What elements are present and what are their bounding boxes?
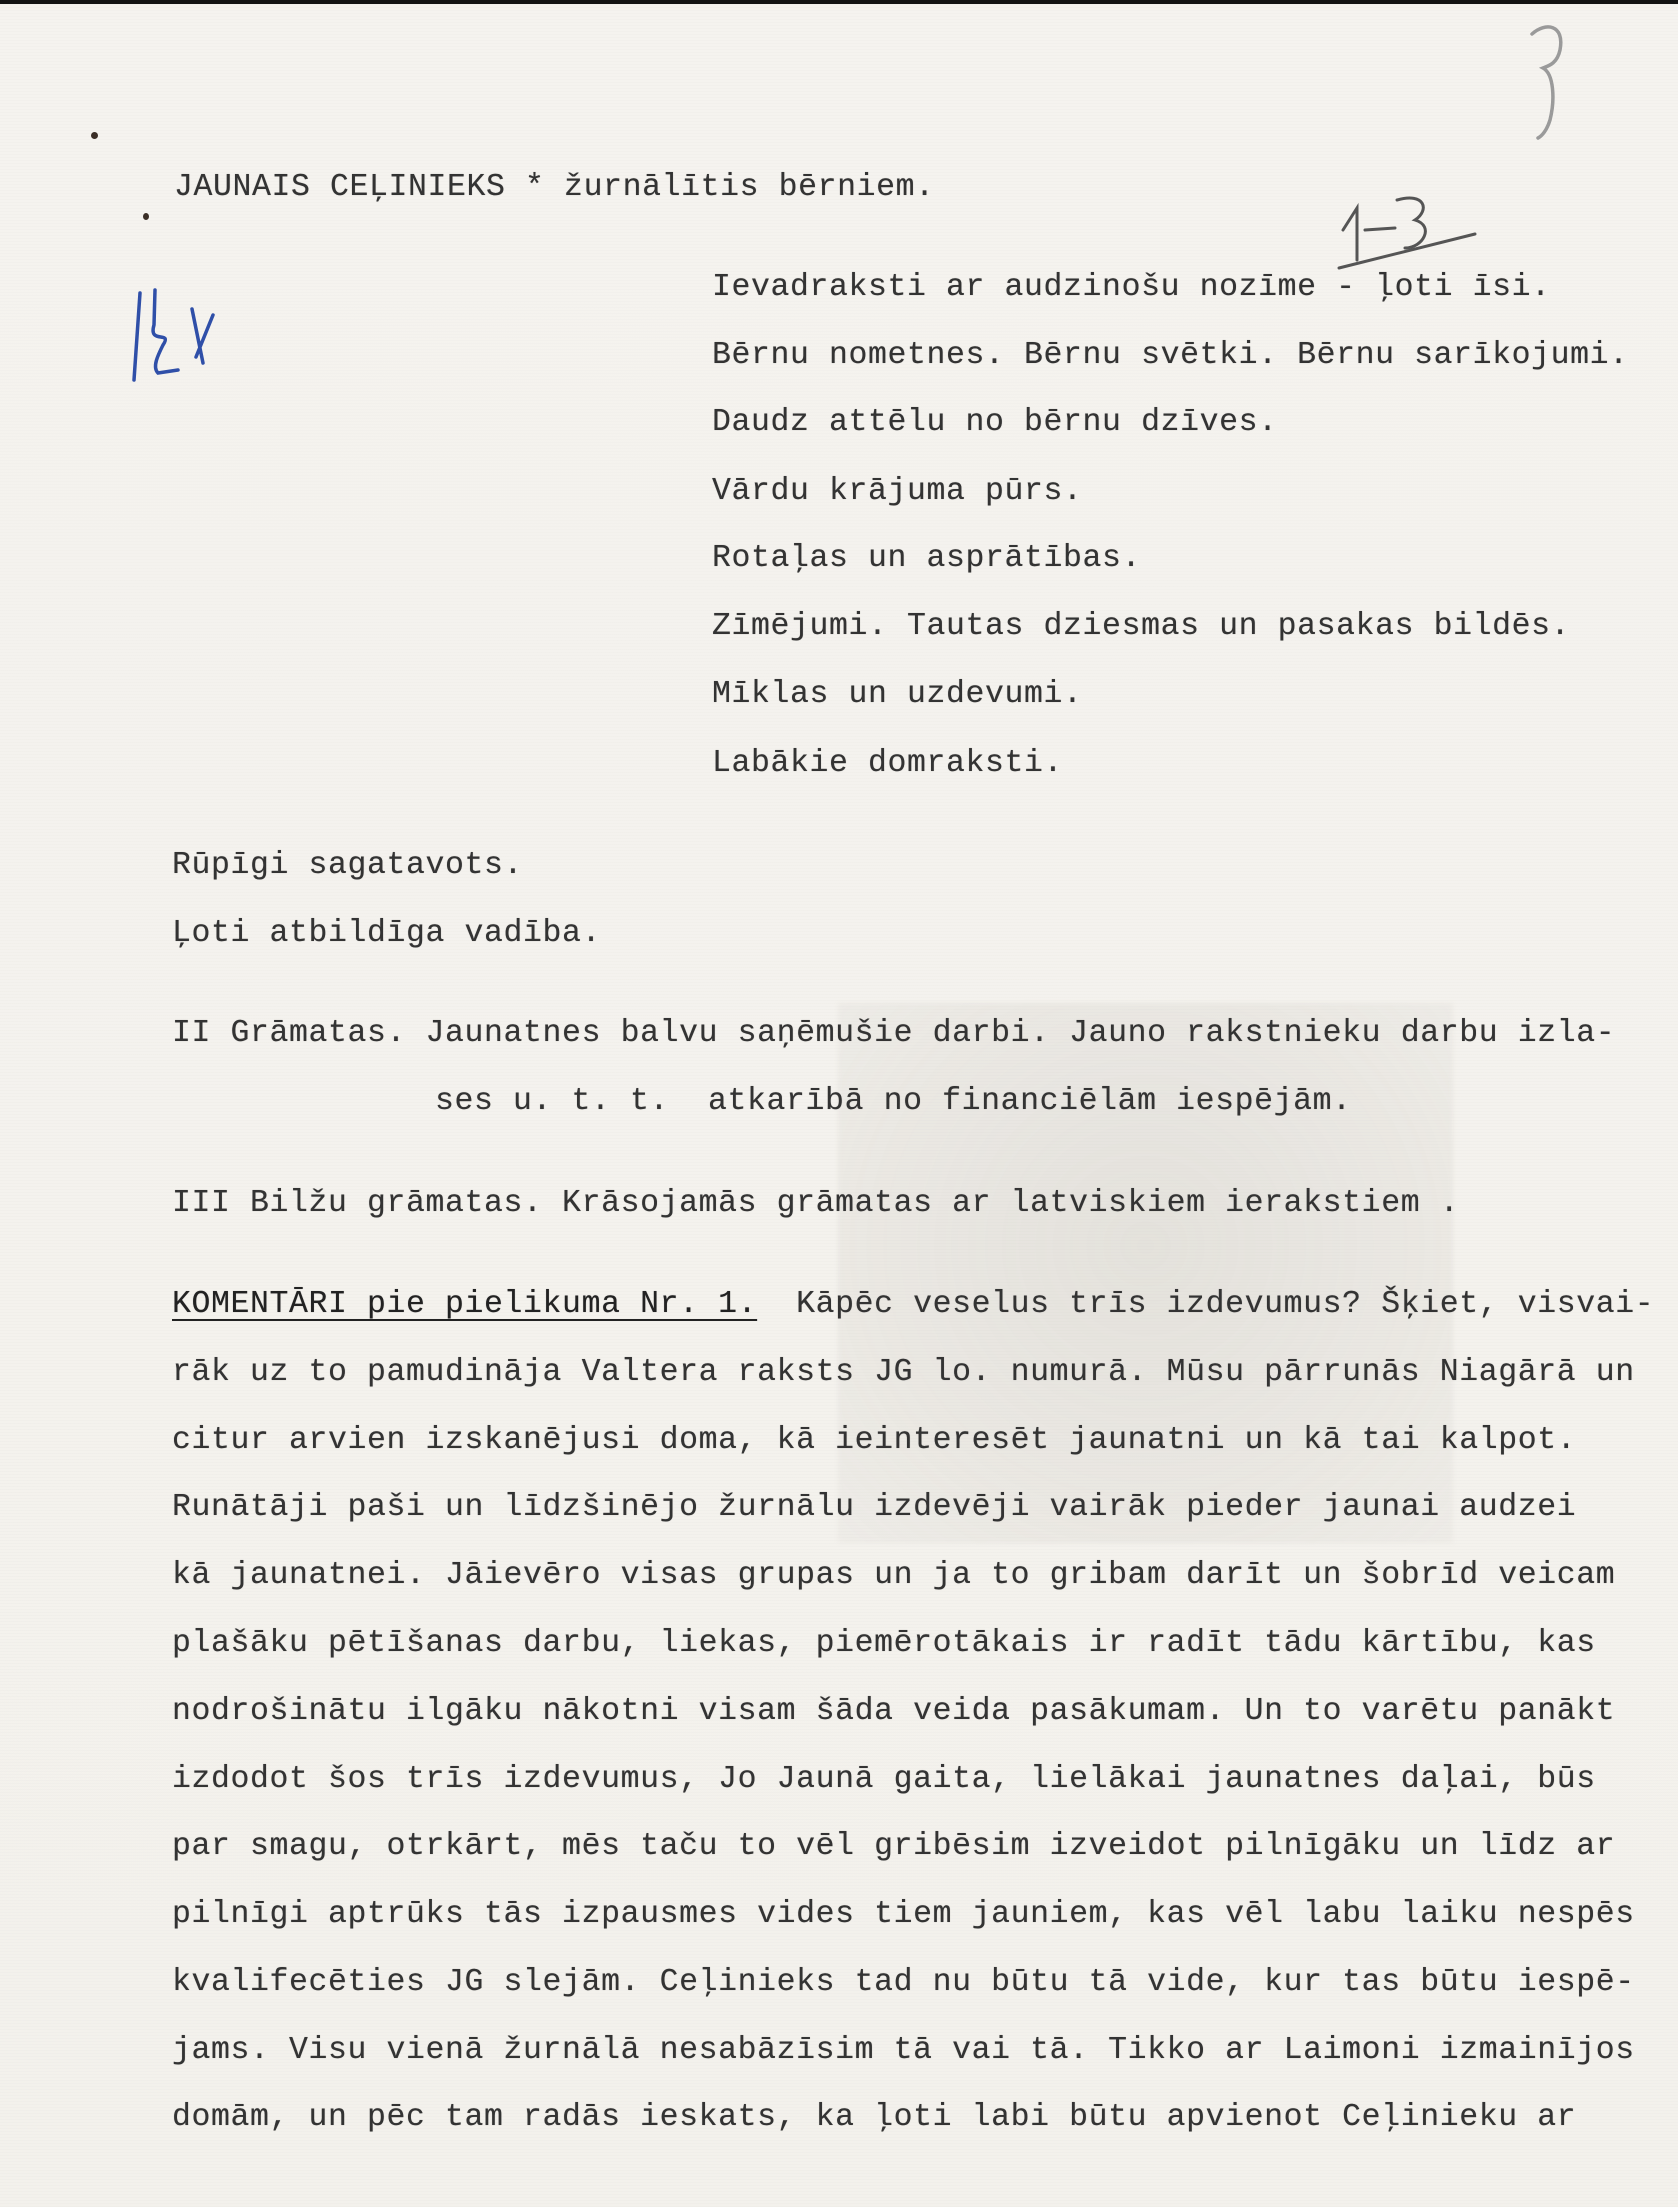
margin-note-12x-icon	[128, 285, 238, 390]
list-item: Labākie domraksti.	[712, 746, 1063, 782]
page-number-pencil-icon	[1520, 20, 1580, 140]
paragraph-line: citur arvien izskanējusi doma, kā ieinte…	[172, 1423, 1576, 1459]
paragraph-line: kā jaunatnei. Jāievēro visas grupas un j…	[172, 1558, 1615, 1594]
paragraph-line: kvalifecēties JG slejām. Ceļinieks tad n…	[172, 1965, 1635, 2001]
note-line: Ļoti atbildīga vadība.	[172, 916, 601, 952]
comments-heading: KOMENTĀRI pie pielikuma Nr. 1.	[172, 1287, 757, 1322]
paragraph-line: rāk uz to pamudināja Valtera raksts JG l…	[172, 1355, 1635, 1391]
list-item: Zīmējumi. Tautas dziesmas un pasakas bil…	[712, 609, 1570, 645]
paragraph-line: pilnīgi aptrūks tās izpausmes vides tiem…	[172, 1897, 1635, 1933]
section-iii-line: III Bilžu grāmatas. Krāsojamās grāmatas …	[172, 1186, 1459, 1222]
range-note-pencil-icon	[1335, 190, 1485, 270]
paragraph-line: nodrošinātu ilgāku nākotni visam šāda ve…	[172, 1694, 1615, 1730]
paragraph-line: domām, un pēc tam radās ieskats, ka ļoti…	[172, 2100, 1576, 2136]
comments-first-line: KOMENTĀRI pie pielikuma Nr. 1. Kāpēc ves…	[172, 1287, 1654, 1323]
document-title: JAUNAIS CEĻINIEKS * žurnālītis bērniem.	[174, 170, 935, 206]
list-item: Mīklas un uzdevumi.	[712, 677, 1083, 713]
paragraph-line: jams. Visu vienā žurnālā nesabāzīsim tā …	[172, 2033, 1635, 2069]
paragraph-line: plašāku pētīšanas darbu, liekas, piemēro…	[172, 1626, 1596, 1662]
paragraph-line: par smagu, otrkārt, mēs taču to vēl grib…	[172, 1829, 1615, 1865]
paper-speck	[91, 132, 98, 139]
list-item: Ievadraksti ar audzinošu nozīme - ļoti ī…	[712, 270, 1551, 306]
section-ii-line: ses u. t. t. atkarībā no financiēlām ies…	[435, 1084, 1352, 1120]
list-item: Bērnu nometnes. Bērnu svētki. Bērnu sarī…	[712, 338, 1629, 374]
list-item: Daudz attēlu no bērnu dzīves.	[712, 405, 1278, 441]
list-item: Rotaļas un asprātības.	[712, 541, 1141, 577]
paper-speck	[143, 213, 149, 220]
paragraph-line: Runātāji paši un līdzšinējo žurnālu izde…	[172, 1490, 1576, 1526]
note-line: Rūpīgi sagatavots.	[172, 848, 523, 884]
paragraph-line: izdodot šos trīs izdevumus, Jo Jaunā gai…	[172, 1762, 1596, 1798]
section-ii-line: II Grāmatas. Jaunatnes balvu saņēmušie d…	[172, 1016, 1615, 1052]
list-item: Vārdu krājuma pūrs.	[712, 474, 1083, 510]
comments-first-line-text: Kāpēc veselus trīs izdevumus? Šķiet, vis…	[757, 1287, 1654, 1322]
